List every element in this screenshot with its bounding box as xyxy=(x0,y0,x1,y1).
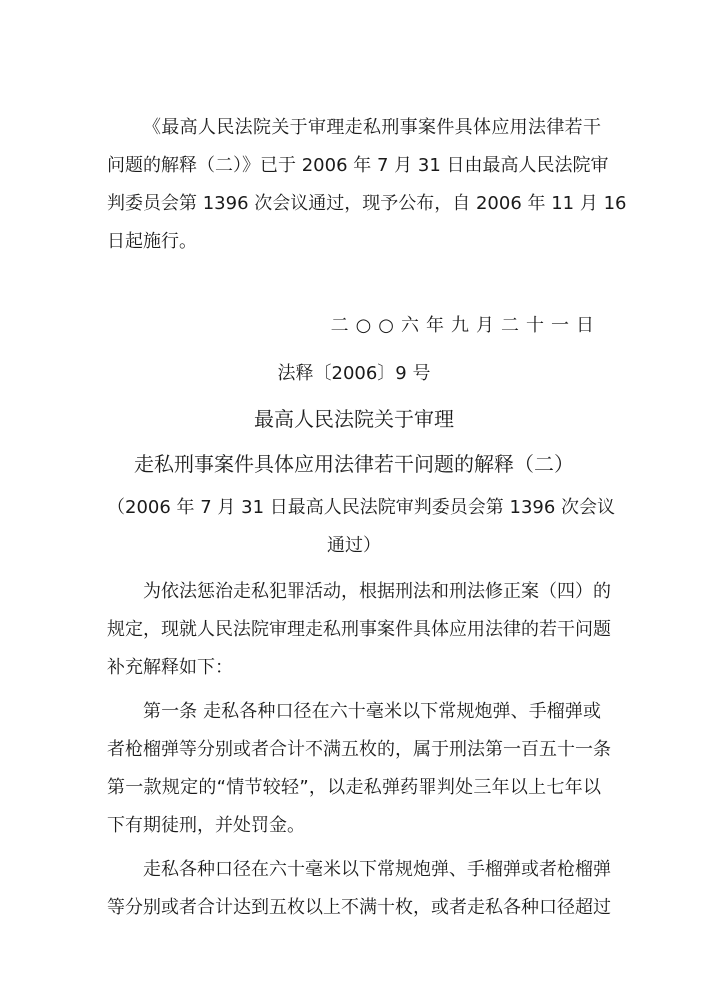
preface-line-3: 判委员会第 1396 次会议通过，现予公布，自 2006 年 11 月 16 xyxy=(107,192,601,216)
adoption-note-line-2: 通过） xyxy=(107,534,601,558)
preface-line-2: 问题的解释（二）》已于 2006 年 7 月 31 日由最高人民法院审 xyxy=(107,154,601,178)
intro-line-1: 为依法惩治走私犯罪活动，根据刑法和刑法修正案（四）的 xyxy=(107,580,601,604)
document-title-line-1: 最高人民法院关于审理 xyxy=(107,406,601,432)
preface-line-4: 日起施行。 xyxy=(107,230,601,254)
article-1-para-2-line-2: 等分别或者合计达到五枚以上不满十枚，或者走私各种口径超过 xyxy=(107,896,601,920)
preface-line-1: 《最高人民法院关于审理走私刑事案件具体应用法律若干 xyxy=(107,116,601,140)
adoption-note-line-1: （2006 年 7 月 31 日最高人民法院审判委员会第 1396 次会议 xyxy=(107,496,601,520)
intro-line-3: 补充解释如下： xyxy=(107,656,601,680)
issue-date: 二○○六年九月二十一日 xyxy=(107,314,601,338)
document-number: 法释〔2006〕9 号 xyxy=(107,362,601,386)
article-1-line-4: 下有期徒刑，并处罚金。 xyxy=(107,814,601,838)
document-title-line-2: 走私刑事案件具体应用法律若干问题的解释（二） xyxy=(107,451,601,477)
article-1-line-1: 第一条 走私各种口径在六十毫米以下常规炮弹、手榴弹或 xyxy=(107,700,601,724)
intro-line-2: 规定，现就人民法院审理走私刑事案件具体应用法律的若干问题 xyxy=(107,618,601,642)
article-1-line-3: 第一款规定的“情节较轻”，以走私弹药罪判处三年以上七年以 xyxy=(107,776,601,800)
article-1-para-2-line-1: 走私各种口径在六十毫米以下常规炮弹、手榴弹或者枪榴弹 xyxy=(107,858,601,882)
article-1-line-2: 者枪榴弹等分别或者合计不满五枚的，属于刑法第一百五十一条 xyxy=(107,738,601,762)
